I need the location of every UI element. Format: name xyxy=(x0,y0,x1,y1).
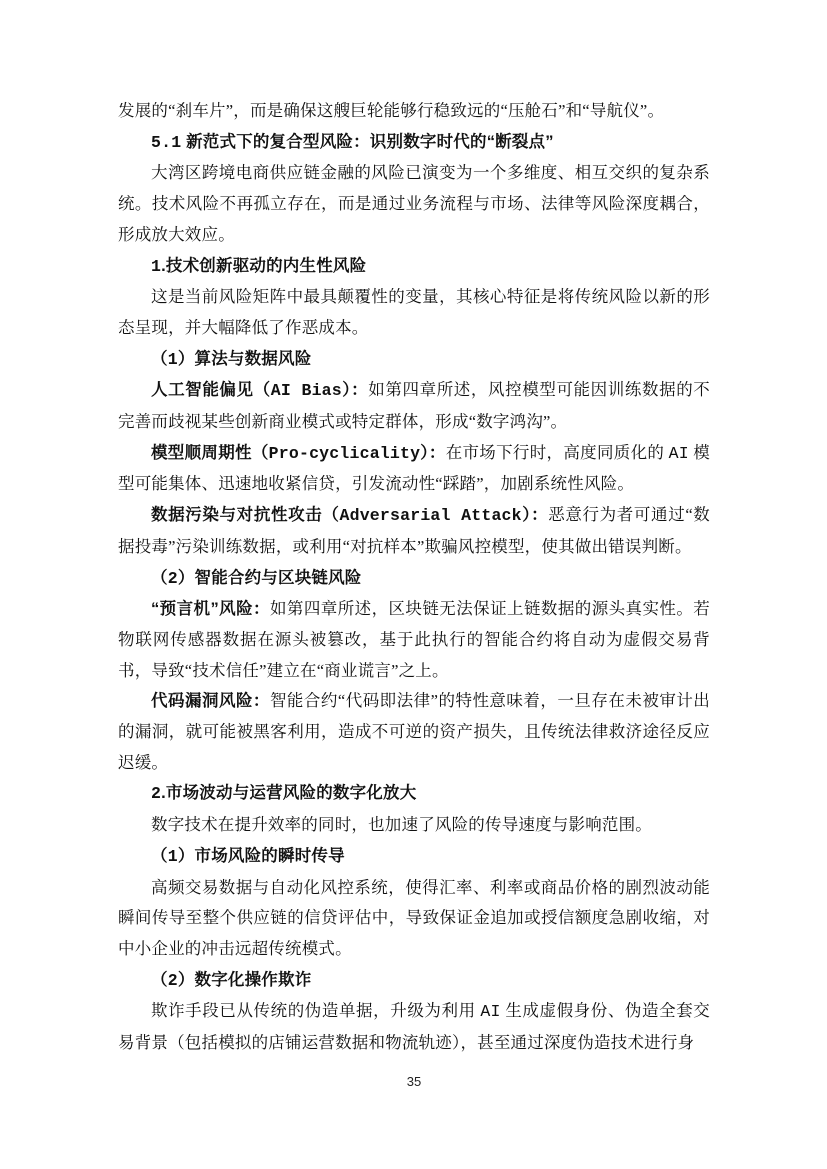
subsection-heading-1: 1.技术创新驱动的内生性风险 xyxy=(118,251,710,283)
paragraph-lead: 模型顺周期性（Pro-cyclicality）： xyxy=(151,444,446,462)
page-content: 发展的“刹车片”，而是确保这艘巨轮能够行稳致远的“压舱石”和“导航仪”。 5.1… xyxy=(118,96,710,1059)
paragraph: 欺诈手段已从传统的伪造单据，升级为利用 AI 生成虚假身份、伪造全套交易背景（包… xyxy=(118,996,710,1058)
sub-heading-2-digital-operational-fraud: （2）数字化操作欺诈 xyxy=(118,965,710,997)
document-page: 发展的“刹车片”，而是确保这艘巨轮能够行稳致远的“压舱石”和“导航仪”。 5.1… xyxy=(0,0,827,1169)
paragraph: 高频交易数据与自动化风控系统，使得汇率、利率或商品价格的剧烈波动能瞬间传导至整个… xyxy=(118,873,710,965)
paragraph-lead: 数据污染与对抗性攻击（Adversarial Attack）： xyxy=(151,506,548,524)
paragraph: 这是当前风险矩阵中最具颠覆性的变量，其核心特征是将传统风险以新的形态呈现，并大幅… xyxy=(118,282,710,343)
paragraph-lead: “预言机”风险： xyxy=(151,600,270,618)
sub-heading-1-market-risk-transmission: （1）市场风险的瞬时传导 xyxy=(118,841,710,873)
paragraph-lead: 人工智能偏见（AI Bias）： xyxy=(151,381,368,399)
subsection-heading-2: 2.市场波动与运营风险的数字化放大 xyxy=(118,778,710,810)
paragraph: 模型顺周期性（Pro-cyclicality）：在市场下行时，高度同质化的 AI… xyxy=(118,438,710,500)
page-footer: 35 xyxy=(118,1074,710,1089)
paragraph: “预言机”风险：如第四章所述，区块链无法保证上链数据的源头真实性。若物联网传感器… xyxy=(118,594,710,686)
sub-heading-2-smart-contract-blockchain-risk: （2）智能合约与区块链风险 xyxy=(118,563,710,595)
paragraph: 代码漏洞风险：智能合约“代码即法律”的特性意味着，一旦存在未被审计出的漏洞，就可… xyxy=(118,686,710,778)
paragraph: 数字技术在提升效率的同时，也加速了风险的传导速度与影响范围。 xyxy=(118,810,710,841)
paragraph-continuation: 发展的“刹车片”，而是确保这艘巨轮能够行稳致远的“压舱石”和“导航仪”。 xyxy=(118,96,710,127)
paragraph: 数据污染与对抗性攻击（Adversarial Attack）：恶意行为者可通过“… xyxy=(118,500,710,562)
paragraph: 人工智能偏见（AI Bias）：如第四章所述，风控模型可能因训练数据的不完善而歧… xyxy=(118,375,710,437)
paragraph-lead: 代码漏洞风险： xyxy=(151,692,270,710)
sub-heading-1-algorithm-data-risk: （1）算法与数据风险 xyxy=(118,344,710,376)
paragraph: 大湾区跨境电商供应链金融的风险已演变为一个多维度、相互交织的复杂系统。技术风险不… xyxy=(118,158,710,250)
section-heading-5-1: 5.1 新范式下的复合型风险：识别数字时代的“断裂点” xyxy=(118,127,710,159)
page-number: 35 xyxy=(407,1074,421,1089)
